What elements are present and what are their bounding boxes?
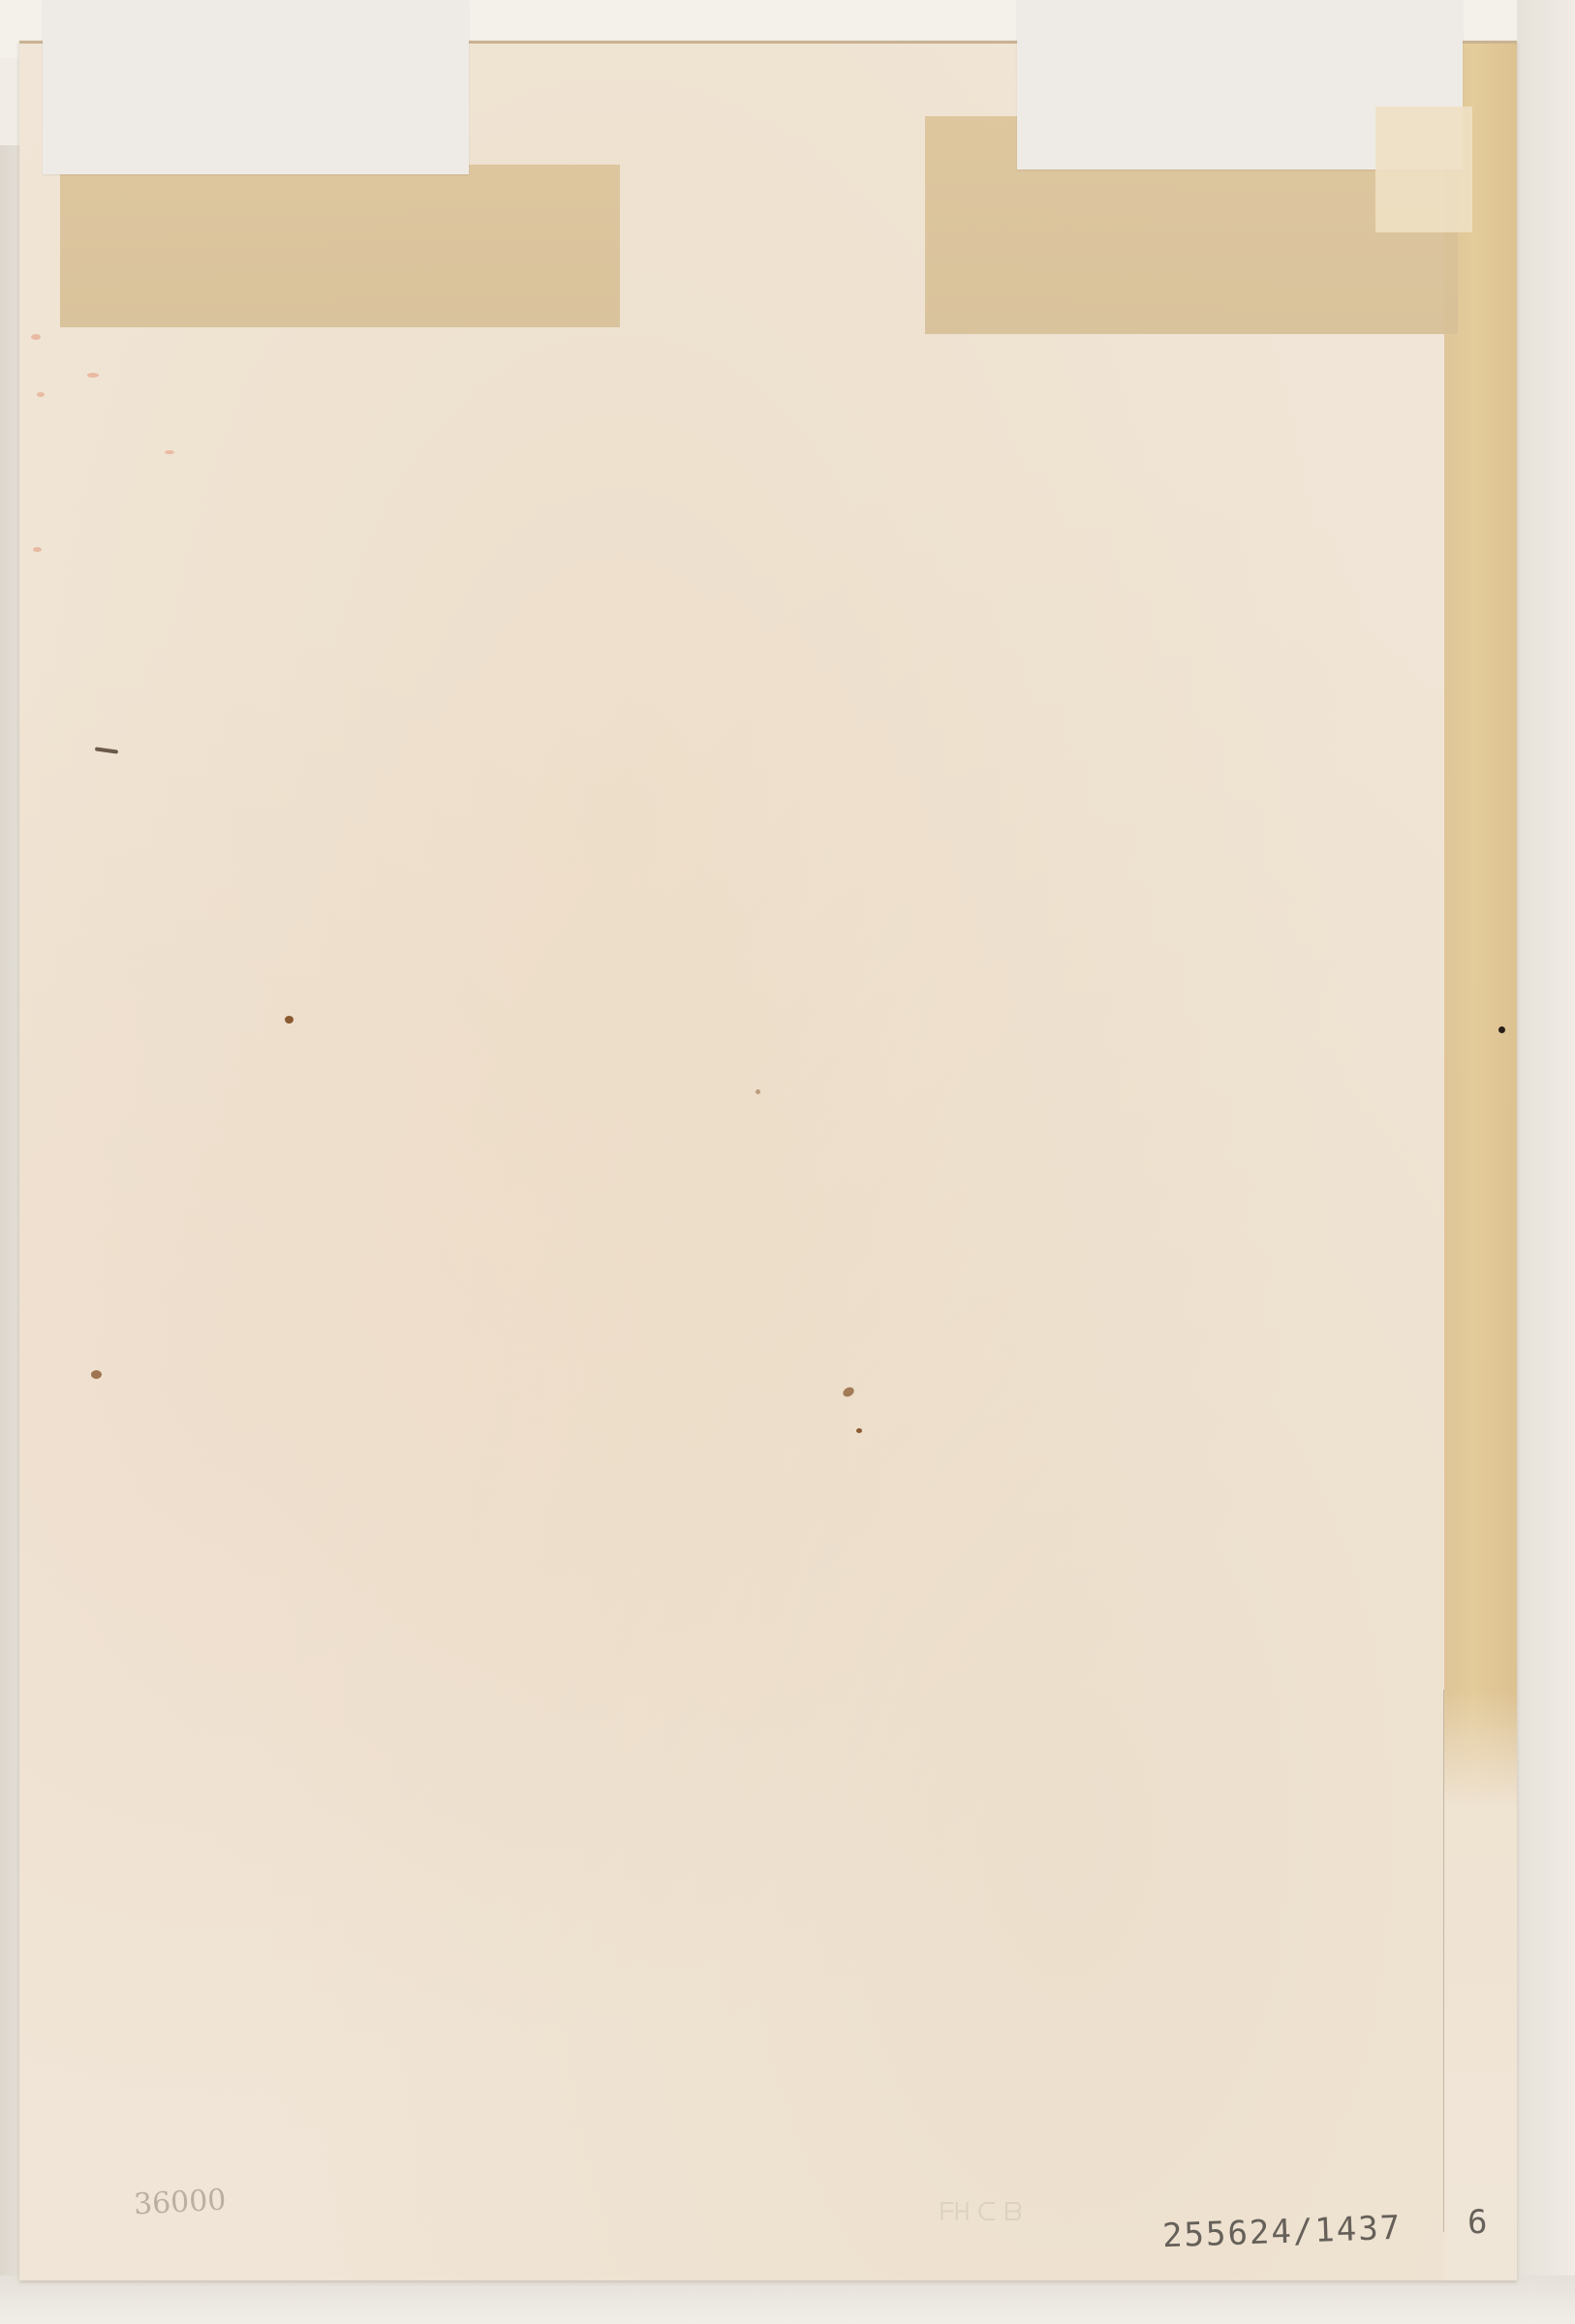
faint-pencil-mark: 36000: [133, 2184, 227, 2222]
paper-hinge-left: [43, 0, 469, 174]
red-fleck: [165, 450, 174, 454]
hinge-tape-left: [60, 165, 620, 327]
right-edge-lower-paper: [1444, 1690, 1517, 2280]
fold-line: [1443, 1690, 1444, 2232]
paper-sheet: 36000 ᖴᕼ ᑕ ᗷ: [19, 41, 1517, 2280]
dark-speck: [95, 747, 118, 753]
mount-board-bottom: [0, 2276, 1575, 2324]
faint-show-through: ᖴᕼ ᑕ ᗷ: [940, 2198, 1022, 2228]
red-fleck: [37, 392, 45, 397]
foxing-spot: [856, 1428, 862, 1433]
foxing-spot: [756, 1089, 760, 1094]
foxing-spot: [285, 1016, 293, 1024]
red-fleck: [87, 373, 99, 378]
corner-pencil-mark: 6: [1467, 2203, 1487, 2242]
red-fleck: [31, 334, 41, 340]
red-fleck: [33, 547, 42, 552]
mount-board-right: [1517, 0, 1575, 2324]
foxing-spot: [91, 1370, 102, 1379]
dark-spot: [1498, 1026, 1505, 1033]
tape-overlap-right: [1375, 107, 1472, 232]
foxing-spot: [842, 1386, 856, 1399]
